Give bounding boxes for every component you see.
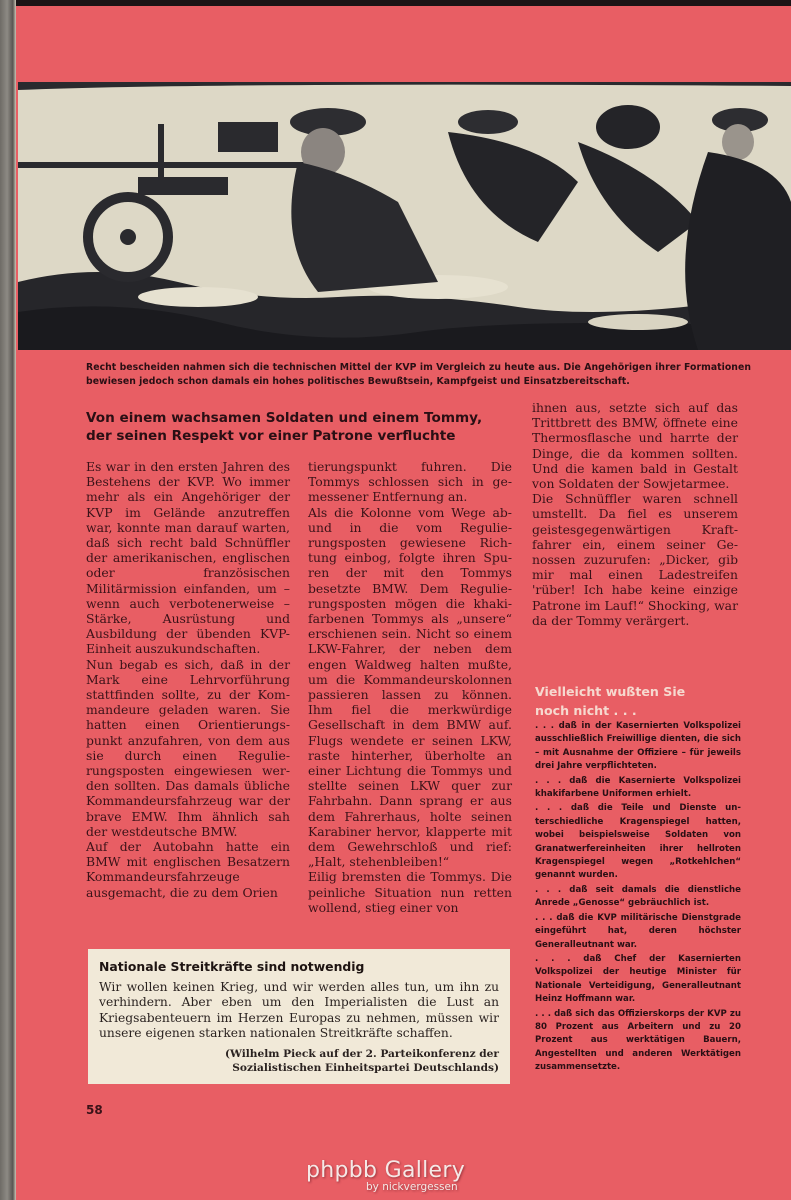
did-you-know-facts: . . . daß in der Kasernierten Volks­poli…	[535, 720, 741, 1076]
paragraph: Nun begab es sich, daß in der Mark eine …	[86, 657, 290, 839]
fact-item: . . . daß sich das Offizierskorps der KV…	[535, 1008, 741, 1075]
paragraph: Auf der Autobahn hatte ein BMW mit engli…	[86, 839, 290, 900]
paragraph: Als die Kolonne vom Wege ab- und in die …	[308, 505, 512, 870]
watermark-main: phpbb Gallery	[306, 1160, 506, 1182]
page-number: 58	[86, 1103, 103, 1117]
headline-line-1: Von einem wachsamen Soldaten und einem T…	[86, 409, 516, 427]
soldiers-machine-gun-photo	[18, 82, 791, 350]
fact-item: . . . daß Chef der Kasernierten Volkspol…	[535, 953, 741, 1007]
article-headline: Von einem wachsamen Soldaten und einem T…	[86, 409, 516, 445]
did-you-know-title-line-2: noch nicht . . .	[535, 701, 735, 720]
quote-source: (Wilhelm Pieck auf der 2. Parteikonferen…	[99, 1048, 499, 1075]
article-column-1: Es war in den ersten Jahren des Bestehen…	[86, 459, 290, 900]
did-you-know-title-line-1: Vielleicht wußten Sie	[535, 682, 735, 701]
article-column-3: ihnen aus, setzte sich auf das Trittbret…	[532, 400, 738, 628]
photo-caption: Recht bescheiden nahmen sich die technis…	[86, 361, 786, 389]
paragraph: tierungspunkt fuhren. Die Tommys schloss…	[308, 459, 512, 505]
article-column-2: tierungspunkt fuhren. Die Tommys schloss…	[308, 459, 512, 915]
paragraph: Es war in den ersten Jahren des Bestehen…	[86, 459, 290, 657]
quote-box: Nationale Streitkräfte sind notwendig Wi…	[88, 949, 510, 1084]
watermark-sub: by nickvergessen	[366, 1182, 506, 1193]
gallery-watermark: phpbb Gallery by nickvergessen	[306, 1160, 506, 1193]
quote-source-line-1: (Wilhelm Pieck auf der 2. Parteikonferen…	[99, 1048, 499, 1062]
paragraph: Eilig bremsten die Tommys. Die peinliche…	[308, 869, 512, 915]
fact-item: . . . daß seit damals die dienstliche An…	[535, 884, 741, 911]
did-you-know-title: Vielleicht wußten Sie noch nicht . . .	[535, 682, 735, 720]
headline-line-2: der seinen Respekt vor einer Patrone ver…	[86, 427, 516, 445]
fact-item: . . . daß die KVP militärische Dienst­gr…	[535, 912, 741, 952]
book-spine	[0, 0, 16, 1200]
quote-title: Nationale Streitkräfte sind notwendig	[99, 958, 499, 975]
fact-item: . . . daß die Teile und Dienste un­tersc…	[535, 802, 741, 882]
paragraph: Die Schnüffler waren schnell umstellt. D…	[532, 491, 738, 628]
fact-item: . . . daß die Kasernierte Volkspolizei k…	[535, 775, 741, 802]
quote-body: Wir wollen keinen Krieg, und wir werden …	[99, 980, 499, 1041]
quote-source-line-2: Sozialistischen Einheitspartei Deutschla…	[99, 1062, 499, 1076]
fact-item: . . . daß in der Kasernierten Volks­poli…	[535, 720, 741, 774]
paragraph: ihnen aus, setzte sich auf das Trittbret…	[532, 400, 738, 491]
